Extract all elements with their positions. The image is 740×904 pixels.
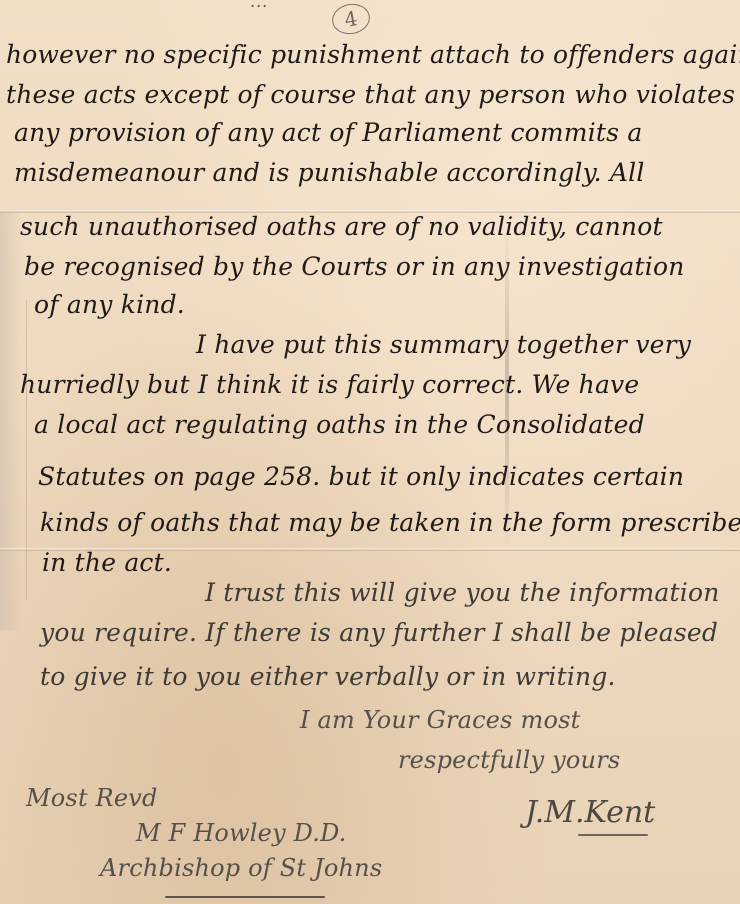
body-line: however no specific punishment attach to… — [6, 40, 740, 70]
body-line: Statutes on page 258. but it only indica… — [38, 462, 684, 492]
header-fragment: ... — [250, 0, 268, 11]
body-line: kinds of oaths that may be taken in the … — [40, 508, 740, 538]
signature: J.M.Kent — [525, 795, 655, 830]
body-line: any provision of any act of Parliament c… — [14, 118, 642, 148]
addressee-line: Most Revd — [26, 783, 158, 813]
addressee-underline — [165, 896, 325, 898]
body-line: be recognised by the Courts or in any in… — [24, 252, 685, 282]
body-line: I have put this summary together very — [196, 330, 691, 360]
body-line: to give it to you either verbally or in … — [40, 662, 616, 692]
closing-line: respectfully yours — [398, 745, 620, 775]
edge-bleed-through — [0, 210, 22, 630]
body-line: in the act. — [42, 548, 172, 578]
addressee-line: Archbishop of St Johns — [100, 853, 382, 883]
body-line: you require. If there is any further I s… — [40, 618, 718, 648]
margin-rule — [26, 300, 27, 600]
closing-line: I am Your Graces most — [300, 705, 580, 735]
body-line: a local act regulating oaths in the Cons… — [34, 410, 645, 440]
addressee-line: M F Howley D.D. — [136, 818, 347, 848]
page-number: 4 — [330, 1, 373, 37]
body-line: I trust this will give you the informati… — [205, 578, 720, 608]
letter-page: ... 4 however no specific punishment att… — [0, 0, 740, 904]
signature-underline — [578, 834, 648, 836]
body-line: of any kind. — [34, 290, 185, 320]
body-line: misdemeanour and is punishable according… — [14, 158, 645, 188]
body-line: such unauthorised oaths are of no validi… — [20, 212, 663, 242]
body-line: hurriedly but I think it is fairly corre… — [20, 370, 639, 400]
body-line: these acts except of course that any per… — [6, 80, 735, 110]
